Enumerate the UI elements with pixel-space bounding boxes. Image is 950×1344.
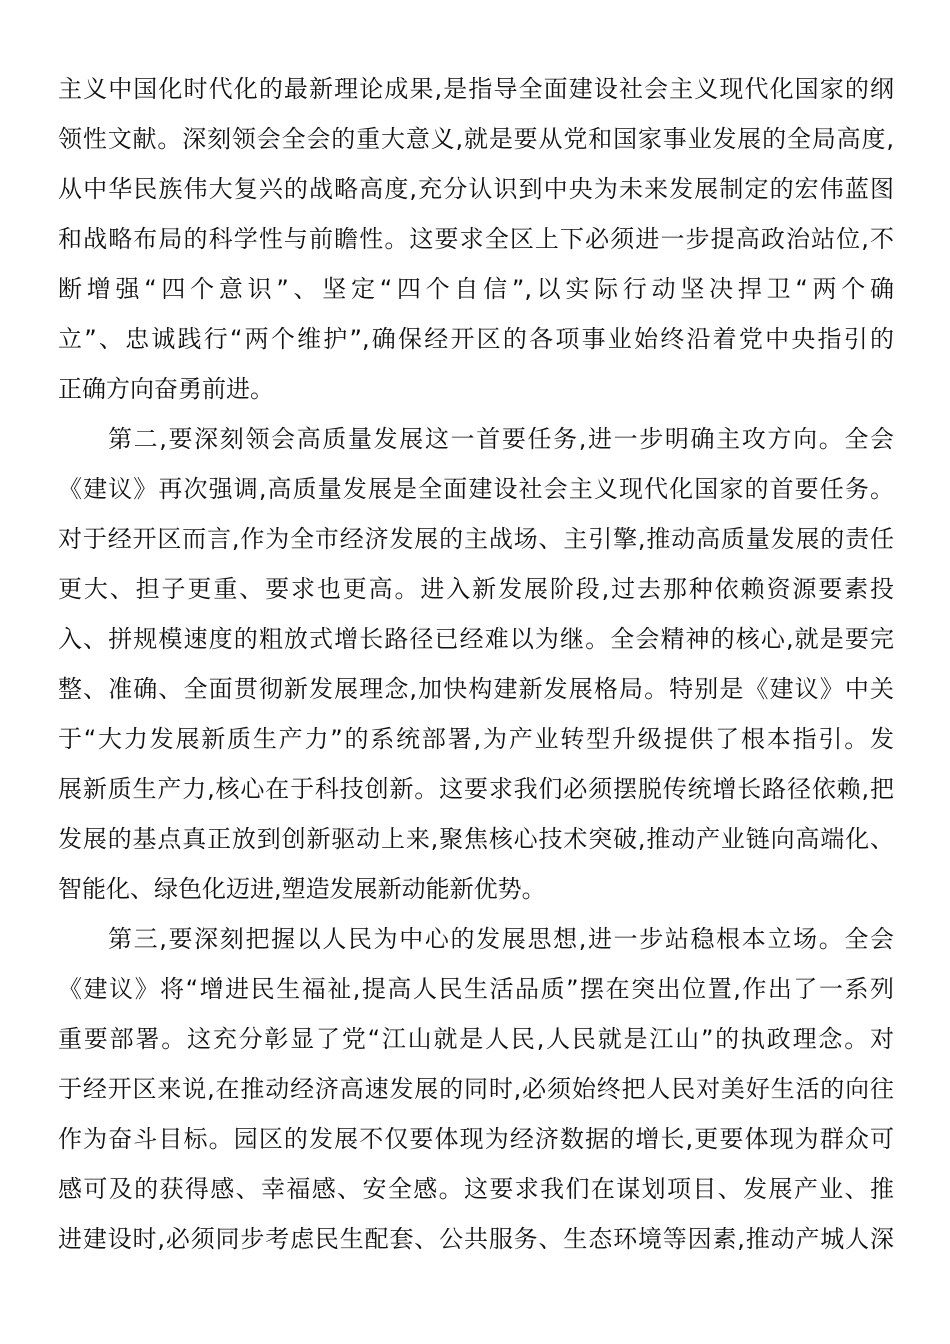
text-line: 进建设时,必须同步考虑民生配套、公共服务、生态环境等因素,推动产城人深 bbox=[58, 1214, 894, 1264]
text-line: 作为奋斗目标。园区的发展不仅要体现为经济数据的增长,更要体现为群众可 bbox=[58, 1114, 894, 1164]
text-line: 正确方向奋勇前进。 bbox=[58, 364, 894, 414]
text-line: 立”、忠诚践行“两个维护”,确保经开区的各项事业始终沿着党中央指引的 bbox=[58, 314, 894, 364]
text-line: 入、拼规模速度的粗放式增长路径已经难以为继。全会精神的核心,就是要完 bbox=[58, 614, 894, 664]
text-line: 第三,要深刻把握以人民为中心的发展思想,进一步站稳根本立场。全会 bbox=[58, 914, 894, 964]
text-line: 《建议》再次强调,高质量发展是全面建设社会主义现代化国家的首要任务。 bbox=[58, 464, 894, 514]
text-line: 整、准确、全面贯彻新发展理念,加快构建新发展格局。特别是《建议》中关 bbox=[58, 664, 894, 714]
text-line: 更大、担子更重、要求也更高。进入新发展阶段,过去那种依赖资源要素投 bbox=[58, 564, 894, 614]
text-line: 于经开区来说,在推动经济高速发展的同时,必须始终把人民对美好生活的向往 bbox=[58, 1064, 894, 1114]
text-line: 发展的基点真正放到创新驱动上来,聚焦核心技术突破,推动产业链向高端化、 bbox=[58, 814, 894, 864]
text-line: 智能化、绿色化迈进,塑造发展新动能新优势。 bbox=[58, 864, 894, 914]
text-line: 断增强“四个意识”、坚定“四个自信”,以实际行动坚决捍卫“两个确 bbox=[58, 264, 894, 314]
paragraph-continuation: 主义中国化时代化的最新理论成果,是指导全面建设社会主义现代化国家的纲 领性文献。… bbox=[58, 64, 894, 414]
paragraph-third-point: 第三,要深刻把握以人民为中心的发展思想,进一步站稳根本立场。全会 《建议》将“增… bbox=[58, 914, 894, 1264]
text-line: 从中华民族伟大复兴的战略高度,充分认识到中央为未来发展制定的宏伟蓝图 bbox=[58, 164, 894, 214]
text-line: 领性文献。深刻领会全会的重大意义,就是要从党和国家事业发展的全局高度, bbox=[58, 114, 894, 164]
document-page: 主义中国化时代化的最新理论成果,是指导全面建设社会主义现代化国家的纲 领性文献。… bbox=[0, 0, 950, 1344]
text-line: 和战略布局的科学性与前瞻性。这要求全区上下必须进一步提高政治站位,不 bbox=[58, 214, 894, 264]
text-line: 重要部署。这充分彰显了党“江山就是人民,人民就是江山”的执政理念。对 bbox=[58, 1014, 894, 1064]
paragraph-second-point: 第二,要深刻领会高质量发展这一首要任务,进一步明确主攻方向。全会 《建议》再次强… bbox=[58, 414, 894, 914]
text-line: 感可及的获得感、幸福感、安全感。这要求我们在谋划项目、发展产业、推 bbox=[58, 1164, 894, 1214]
text-line: 展新质生产力,核心在于科技创新。这要求我们必须摆脱传统增长路径依赖,把 bbox=[58, 764, 894, 814]
text-line: 于“大力发展新质生产力”的系统部署,为产业转型升级提供了根本指引。发 bbox=[58, 714, 894, 764]
text-line: 主义中国化时代化的最新理论成果,是指导全面建设社会主义现代化国家的纲 bbox=[58, 64, 894, 114]
text-line: 对于经开区而言,作为全市经济发展的主战场、主引擎,推动高质量发展的责任 bbox=[58, 514, 894, 564]
text-line: 第二,要深刻领会高质量发展这一首要任务,进一步明确主攻方向。全会 bbox=[58, 414, 894, 464]
text-line: 《建议》将“增进民生福祉,提高人民生活品质”摆在突出位置,作出了一系列 bbox=[58, 964, 894, 1014]
document-body: 主义中国化时代化的最新理论成果,是指导全面建设社会主义现代化国家的纲 领性文献。… bbox=[58, 64, 894, 1264]
